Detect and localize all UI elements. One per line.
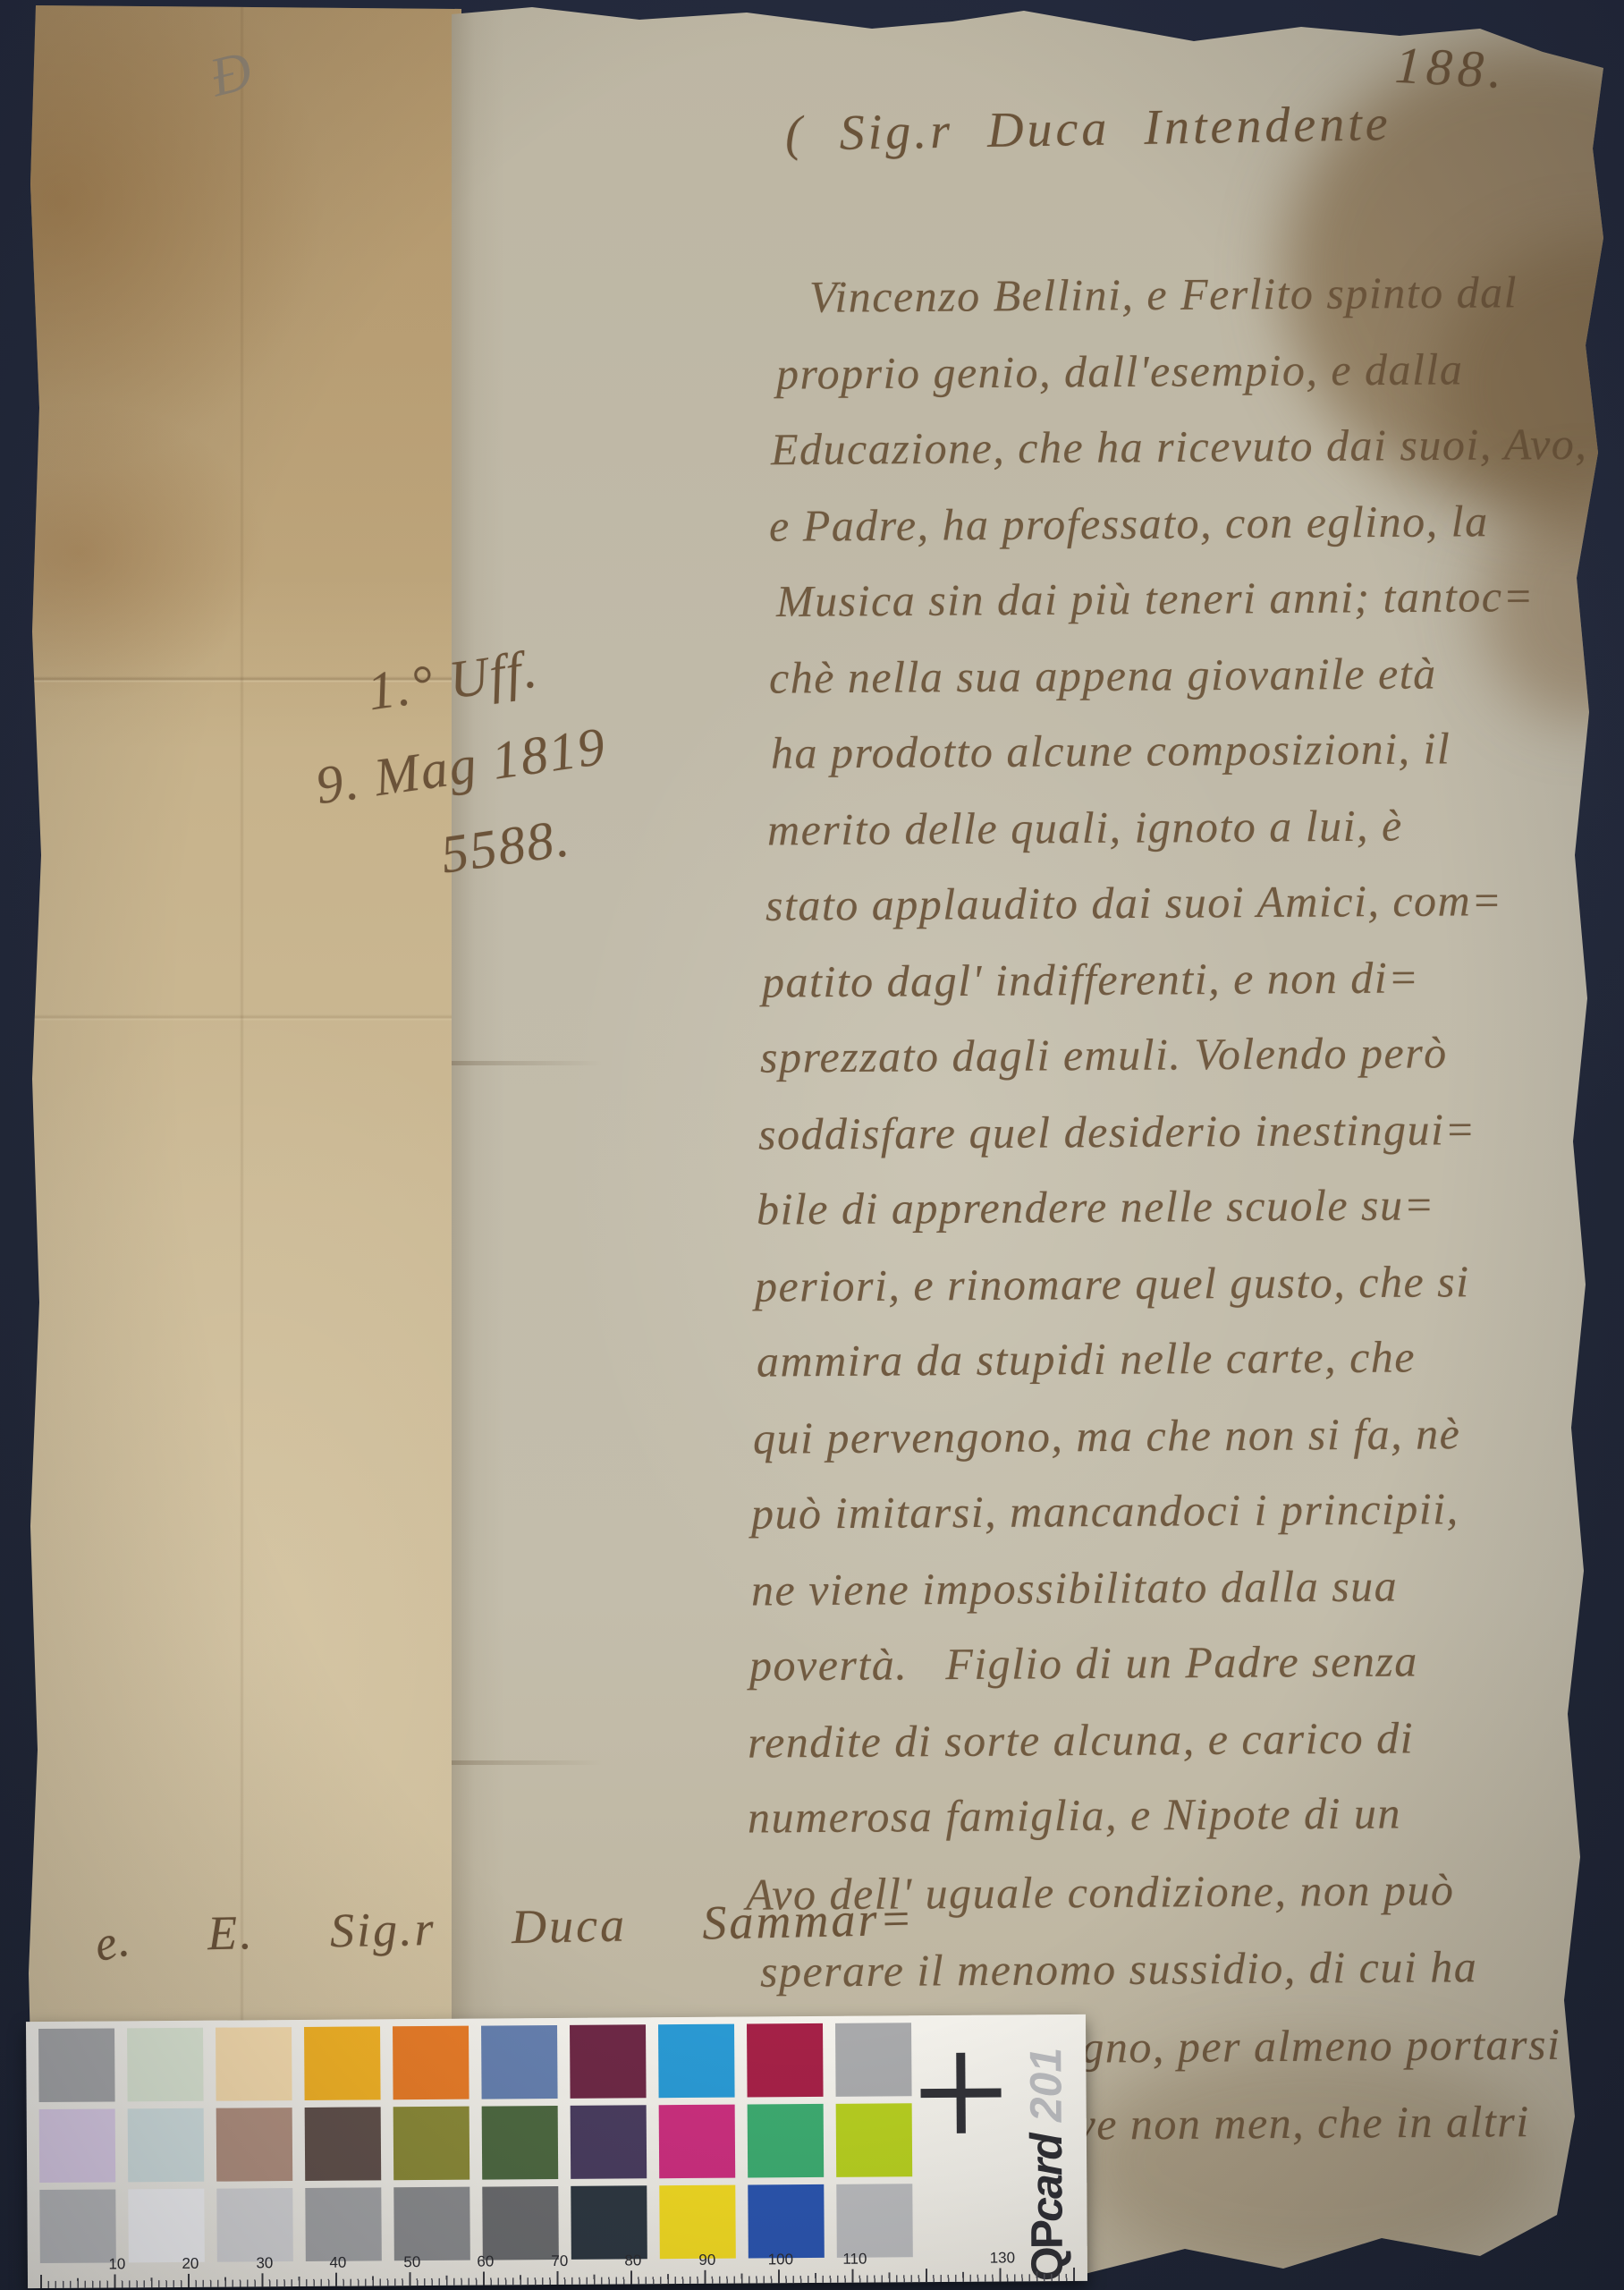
fold-crease-horizontal — [452, 1760, 604, 1765]
color-patch — [305, 2187, 382, 2261]
color-patch — [481, 2025, 558, 2099]
letter-line: soddisfare quel desiderio inestingui= — [758, 1103, 1476, 1160]
registration-cross-icon — [921, 2089, 1002, 2099]
ruler-number: 110 — [842, 2251, 867, 2269]
color-patch — [216, 2027, 292, 2101]
color-patch — [659, 2185, 736, 2260]
color-patch — [393, 2026, 469, 2100]
registry-annotation: 1.° Uff.9. Mag 18195588. — [299, 618, 624, 914]
letter-line: stato applaudito dai suoi Amici, com= — [765, 874, 1503, 931]
letter-line: rendite di sorte alcuna, e carico di — [748, 1711, 1414, 1768]
letter-line: periori, e rinomare quel gusto, che si — [755, 1255, 1470, 1312]
color-patch — [393, 2187, 470, 2261]
archival-scan-photo: Ð 188. 1.° Uff.9. Mag 18195588. e. E. Si… — [0, 0, 1624, 2290]
letter-line: povertà. Figlio di un Padre senza — [749, 1634, 1418, 1691]
letter-line: sprezzato dagli emuli. Volendo però — [760, 1026, 1448, 1082]
ruler-number: 20 — [182, 2255, 199, 2273]
color-patch — [835, 2023, 912, 2097]
letter-line: ne viene impossibilitato dalla sua — [751, 1559, 1399, 1616]
ruler-number: 50 — [403, 2253, 420, 2271]
letter-line: chè nella sua appena giovanile età — [769, 647, 1437, 703]
ruler-number: 130 — [990, 2249, 1016, 2267]
ruler-number: 60 — [477, 2252, 494, 2270]
fold-crease-horizontal — [452, 1061, 604, 1065]
color-patch — [482, 2106, 559, 2180]
letter-line: ove non men, che in altri — [1052, 2095, 1530, 2150]
ruler-number: 90 — [698, 2252, 715, 2269]
color-patch — [305, 2107, 382, 2181]
color-patch — [748, 2104, 825, 2178]
color-patch — [39, 2108, 116, 2183]
letter-line: e Padre, ha professato, con eglino, la — [769, 495, 1489, 552]
letter-heading: ( Sig.r Duca Intendente — [784, 95, 1391, 163]
letter-line: bile di apprendere nelle scuole su= — [757, 1178, 1435, 1234]
color-patch — [836, 2103, 913, 2177]
ruler-number: 70 — [551, 2252, 568, 2270]
ruler-number: 80 — [624, 2252, 641, 2269]
fold-crease-vertical — [240, 5, 244, 2195]
fold-crease-horizontal — [27, 1014, 461, 1021]
color-patch — [748, 2184, 825, 2259]
letter-line: ammira da stupidi nelle carte, che — [757, 1330, 1416, 1387]
ruler-number: 10 — [108, 2255, 125, 2273]
ruler-number: 30 — [256, 2254, 273, 2272]
color-patch — [128, 2189, 205, 2263]
color-patch — [304, 2026, 381, 2100]
letter-line: ha prodotto alcune composizioni, il — [771, 722, 1451, 778]
left-page — [27, 5, 461, 2195]
letter-line: Avo dell' uguale condizione, non può — [746, 1863, 1455, 1921]
color-patch — [658, 2024, 735, 2099]
ruler-number: 40 — [329, 2254, 346, 2272]
letter-line: numerosa famiglia, e Nipote di un — [748, 1786, 1401, 1843]
color-patch — [659, 2105, 736, 2179]
color-patch — [747, 2023, 824, 2098]
letter-line: patito dagl' indifferenti, e non di= — [762, 951, 1420, 1007]
folio-number: 188. — [1393, 35, 1509, 100]
letter-line: Vincenzo Bellini, e Ferlito spinto dal — [809, 266, 1518, 323]
qpcard-logo-number: 201 — [1020, 2048, 1071, 2123]
color-patch — [393, 2107, 470, 2181]
color-patch — [38, 2028, 115, 2102]
color-patch — [127, 2028, 204, 2102]
color-patch — [39, 2189, 116, 2263]
color-patch — [128, 2108, 205, 2183]
qpcard-201: QPcard201 102030405060708090100110130 — [26, 2014, 1087, 2288]
letter-line: può imitarsi, mancandoci i principii, — [751, 1482, 1459, 1539]
letter-line: Musica sin dai più teneri anni; tantoc= — [776, 570, 1535, 627]
qpcard-logo-card: card — [1021, 2134, 1072, 2222]
letter-line: sperare il menomo sussidio, di cui ha — [760, 1940, 1478, 1997]
qpcard-logo: QPcard201 — [1004, 2014, 1088, 2282]
color-patch — [482, 2186, 559, 2260]
color-patch — [570, 2024, 647, 2099]
color-patch — [216, 2108, 293, 2182]
letter-line: qui pervengono, ma che non si fa, nè — [753, 1407, 1461, 1464]
color-patch — [836, 2184, 913, 2258]
letter-line: Educazione, che ha ricevuto dai suoi, Av… — [771, 418, 1588, 475]
color-patch — [216, 2188, 293, 2262]
ruler-number: 100 — [768, 2251, 794, 2269]
color-patch — [571, 2105, 647, 2179]
paper-stain — [1078, 2045, 1543, 2277]
letter-line: merito delle quali, ignoto a lui, è — [767, 800, 1403, 856]
color-patch — [571, 2185, 647, 2260]
letter-line: proprio genio, dall'esempio, e dalla — [776, 343, 1464, 399]
